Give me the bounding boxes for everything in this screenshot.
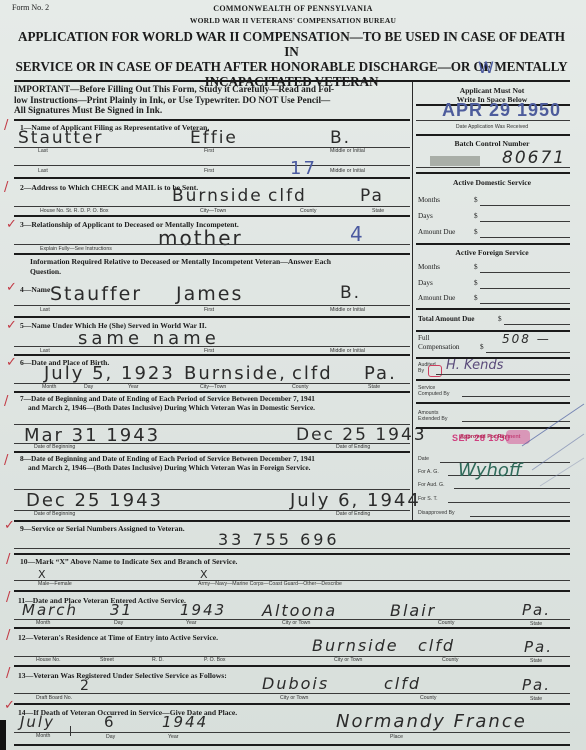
sub-label: City—Town [200, 208, 226, 214]
sub-label: Year [168, 734, 178, 740]
divider [416, 243, 570, 245]
field-line [416, 120, 570, 121]
ag-signature: Wyhoff [458, 460, 522, 481]
q6-birth-county-value[interactable]: clfd [292, 363, 333, 384]
redacted-number [430, 156, 480, 166]
q3-relationship-value[interactable]: mother [158, 226, 243, 250]
sub-label: First [204, 168, 214, 174]
received-label: Date Application Was Received [414, 124, 570, 130]
q10-label: 10—Mark “X” Above Name to Indicate Sex a… [20, 557, 237, 566]
sub-label: County [420, 695, 436, 701]
q8-begin-value[interactable]: Dec 25 1943 [26, 490, 163, 511]
field-line [14, 732, 570, 733]
sub-label: County [442, 657, 458, 663]
check-mark-icon: ✓ [6, 355, 17, 370]
check-mark-icon: / [6, 590, 10, 605]
sub-label: Middle or Initial [330, 168, 365, 174]
q2-city-value[interactable]: Burnside [172, 186, 263, 206]
sub-label: Last [38, 168, 48, 174]
domestic-service-heading: Active Domestic Service [414, 178, 570, 187]
batch-control-value[interactable]: 80671 [502, 148, 566, 168]
check-mark-icon: / [4, 118, 8, 133]
sub-label: Place [390, 734, 403, 740]
q11-county-value[interactable]: Blair [390, 601, 436, 620]
foreign-days-field[interactable] [480, 288, 570, 289]
q6-birth-city-value[interactable]: Burnside, [184, 363, 287, 384]
divider [14, 215, 410, 217]
received-date-stamp: APR 29 1950 [442, 100, 561, 121]
sub-label: Day [106, 734, 115, 740]
divider [14, 553, 570, 555]
field-line [14, 165, 410, 166]
field-line [14, 244, 410, 245]
foreign-service-heading: Active Foreign Service [414, 248, 570, 257]
agency-name: COMMONWEALTH OF PENNSYLVANIA [0, 4, 586, 13]
q1-first-value[interactable]: Effie [190, 128, 238, 148]
field-line [14, 656, 570, 657]
sub-label: County [292, 384, 308, 390]
margin-note: 4 [350, 222, 365, 246]
q9-serial-number-value[interactable]: 33 755 696 [218, 530, 340, 549]
divider [14, 665, 570, 667]
sub-label: First [204, 307, 214, 313]
dollar-sign: $ [480, 343, 484, 351]
sub-label: Year [186, 620, 196, 626]
tick-mark [70, 726, 71, 736]
sub-label: House No. [36, 657, 61, 663]
check-mark-icon: ✓ [6, 217, 17, 232]
check-mark-icon: ✓ [6, 280, 17, 295]
sub-label: Street [100, 657, 114, 663]
q14-year-value[interactable]: 1944 [162, 713, 208, 731]
divider [14, 391, 410, 393]
sub-label: City or Town [282, 620, 310, 626]
q12-state-value[interactable]: Pa. [524, 638, 553, 656]
divider [14, 119, 410, 121]
sub-label: Last [38, 148, 48, 154]
sub-label: Middle or Initial [330, 148, 365, 154]
divider [14, 703, 570, 705]
amounts-extended-label: Amounts Extended By [418, 410, 447, 422]
divider [416, 308, 570, 310]
field-line [14, 693, 570, 694]
for-st-label: For S. T. [418, 496, 438, 502]
check-mark-icon: ✓ [4, 698, 15, 713]
sub-label: State [530, 658, 542, 664]
important-notice: IMPORTANT—Before Filling Out This Form, … [14, 84, 409, 116]
sub-label: Day [84, 384, 93, 390]
total-due-label: Total Amount Due [418, 315, 474, 323]
q7-label: 7—Date of Beginning and Date of Ending o… [20, 394, 412, 412]
dollar-sign: $ [474, 294, 478, 302]
field-line [416, 167, 570, 168]
divider [14, 520, 570, 522]
sub-label: County [300, 208, 316, 214]
divider [14, 451, 410, 453]
q6-birth-date-value[interactable]: July 5, 1923 [44, 363, 175, 384]
sub-label: Day [114, 620, 123, 626]
field-line [14, 346, 410, 347]
days-label: Days [418, 212, 433, 220]
amount-due-label: Amount Due [418, 294, 455, 302]
sub-label: Date of Ending [336, 511, 370, 517]
q4-first-value[interactable]: James [176, 283, 243, 305]
divider [416, 379, 570, 381]
check-mark-icon: / [4, 180, 8, 195]
divider [416, 172, 570, 174]
dollar-sign: $ [474, 196, 478, 204]
q9-label: 9—Service or Serial Numbers Assigned to … [20, 524, 185, 533]
q4-label: 4—Name [20, 285, 50, 294]
domestic-months-field[interactable] [480, 205, 570, 206]
scan-edge-shadow [0, 720, 6, 750]
months-label: Months [418, 196, 440, 204]
foreign-amount-field[interactable] [480, 303, 570, 304]
foreign-months-field[interactable] [480, 272, 570, 273]
margin-note: 17 [290, 158, 317, 179]
dollar-sign: $ [474, 263, 478, 271]
sub-label: Last [40, 307, 50, 313]
q11-state-value[interactable]: Pa. [522, 601, 551, 619]
sub-label: City or Town [280, 695, 308, 701]
disapproved-by-field[interactable] [470, 516, 570, 517]
q2-state-value[interactable]: Pa [360, 186, 384, 206]
sub-label: State [372, 208, 384, 214]
q1-middle-value[interactable]: B. [330, 128, 351, 148]
field-line [14, 548, 570, 549]
sub-label: Date of Beginning [34, 511, 75, 517]
q14-place-value[interactable]: Normandy France [336, 711, 527, 732]
divider [14, 354, 410, 356]
dollar-sign: $ [474, 279, 478, 287]
sub-label: Middle or Initial [330, 307, 365, 313]
days-label: Days [418, 279, 433, 287]
divider [14, 177, 410, 179]
check-mark-icon: ✓ [4, 518, 15, 533]
handwritten-w-mark: W [478, 58, 496, 77]
q12-county-value[interactable]: clfd [418, 636, 455, 655]
sub-label: City or Town [334, 657, 362, 663]
q8-label: 8—Date of Beginning and Date of Ending o… [20, 454, 412, 472]
check-mark-icon: / [4, 453, 8, 468]
batch-control-label: Batch Control Number [414, 139, 570, 148]
sub-label: Draft Board No. [36, 695, 72, 701]
dollar-sign: $ [474, 228, 478, 236]
dollar-sign: $ [474, 212, 478, 220]
check-mark-icon: ✓ [6, 318, 17, 333]
q6-birth-state-value[interactable]: Pa. [364, 363, 397, 384]
check-mark-icon: / [6, 666, 10, 681]
months-label: Months [418, 263, 440, 271]
application-form-page: Form No. 2 COMMONWEALTH OF PENNSYLVANIA … [0, 0, 586, 750]
total-due-field[interactable] [504, 324, 570, 325]
divider [14, 253, 410, 255]
q12-label: 12—Veteran's Residence at Time of Entry … [18, 633, 218, 642]
field-line [486, 352, 570, 353]
for-ag-label: For A. G. [418, 469, 439, 475]
field-line [14, 305, 410, 306]
info-required-note: Information Required Relative to Decease… [30, 257, 408, 276]
sub-label: P. O. Box [204, 657, 226, 663]
sub-label: R. D. [152, 657, 164, 663]
q14-month-value[interactable]: July [20, 713, 55, 731]
sub-label: Explain Fully—See Instructions [40, 246, 112, 252]
service-computed-field[interactable] [462, 396, 570, 397]
sub-label: Date of Beginning [34, 444, 75, 450]
audited-signature: H. Kends [446, 358, 503, 373]
dollar-sign: $ [498, 315, 502, 323]
check-mark-icon: / [6, 628, 10, 643]
q13-county-value[interactable]: clfd [384, 674, 421, 693]
audit-stamp-icon [428, 365, 442, 377]
sub-label: First [204, 148, 214, 154]
sub-label: State [530, 696, 542, 702]
for-aud-g-label: For Aud. G. [418, 482, 445, 488]
sub-label: House No. St. R. D. P. O. Box [40, 208, 109, 214]
divider [14, 590, 570, 592]
disapproved-by-label: Disapproved By [418, 510, 455, 516]
q13-state-value[interactable]: Pa. [522, 676, 551, 694]
divider [416, 134, 570, 136]
q12-city-value[interactable]: Burnside [312, 636, 399, 655]
q13-city-value[interactable]: Dubois [262, 674, 329, 693]
sub-label: Male—Female [38, 581, 72, 587]
domestic-days-field[interactable] [480, 221, 570, 222]
sub-label: Month [36, 733, 50, 739]
q1-last-value[interactable]: Stautter [18, 128, 103, 148]
sub-label: Date of Ending [336, 444, 370, 450]
divider [14, 627, 570, 629]
domestic-amount-field[interactable] [480, 237, 570, 238]
sub-label: Year [128, 384, 138, 390]
q4-last-value[interactable]: Stauffer [50, 283, 142, 305]
for-st-field[interactable] [448, 502, 570, 503]
q11-month-value[interactable]: March [22, 601, 78, 619]
sub-label: Month [36, 620, 50, 626]
field-line [14, 206, 410, 207]
q8-end-value[interactable]: July 6, 1944 [290, 490, 421, 511]
divider [14, 316, 410, 318]
divider [14, 744, 570, 746]
full-compensation-label: Full Compensation [418, 334, 460, 352]
check-mark-icon: / [4, 394, 8, 409]
sub-label: Army—Navy—Marine Corps—Coast Guard—Other… [198, 581, 342, 587]
sub-label: City—Town [200, 384, 226, 390]
q14-day-value[interactable]: 6 [104, 713, 116, 731]
q7-end-value[interactable]: Dec 25 1943 [296, 425, 427, 445]
q13-draft-board-value[interactable]: 2 [80, 678, 91, 694]
q11-day-value[interactable]: 31 [110, 601, 133, 619]
q4-middle-value[interactable]: B. [340, 283, 361, 303]
q11-year-value[interactable]: 1943 [180, 601, 226, 619]
field-line [436, 374, 570, 375]
date-label: Date [418, 456, 429, 462]
sub-label: County [438, 620, 454, 626]
service-computed-label: Service Computed By [418, 385, 449, 397]
full-compensation-value[interactable]: 508 — [502, 332, 551, 346]
sub-label: State [368, 384, 380, 390]
q13-label: 13—Veteran Was Registered Under Selectiv… [18, 671, 227, 680]
column-divider [412, 82, 413, 522]
pen-strokes-decoration [520, 400, 586, 490]
amount-due-label: Amount Due [418, 228, 455, 236]
q11-city-value[interactable]: Altoona [262, 601, 337, 620]
bureau-name: WORLD WAR II VETERANS' COMPENSATION BURE… [0, 16, 586, 25]
q2-county-value[interactable]: clfd [268, 186, 307, 206]
check-mark-icon: / [6, 552, 10, 567]
sub-label: Month [42, 384, 56, 390]
header-divider [14, 80, 570, 82]
